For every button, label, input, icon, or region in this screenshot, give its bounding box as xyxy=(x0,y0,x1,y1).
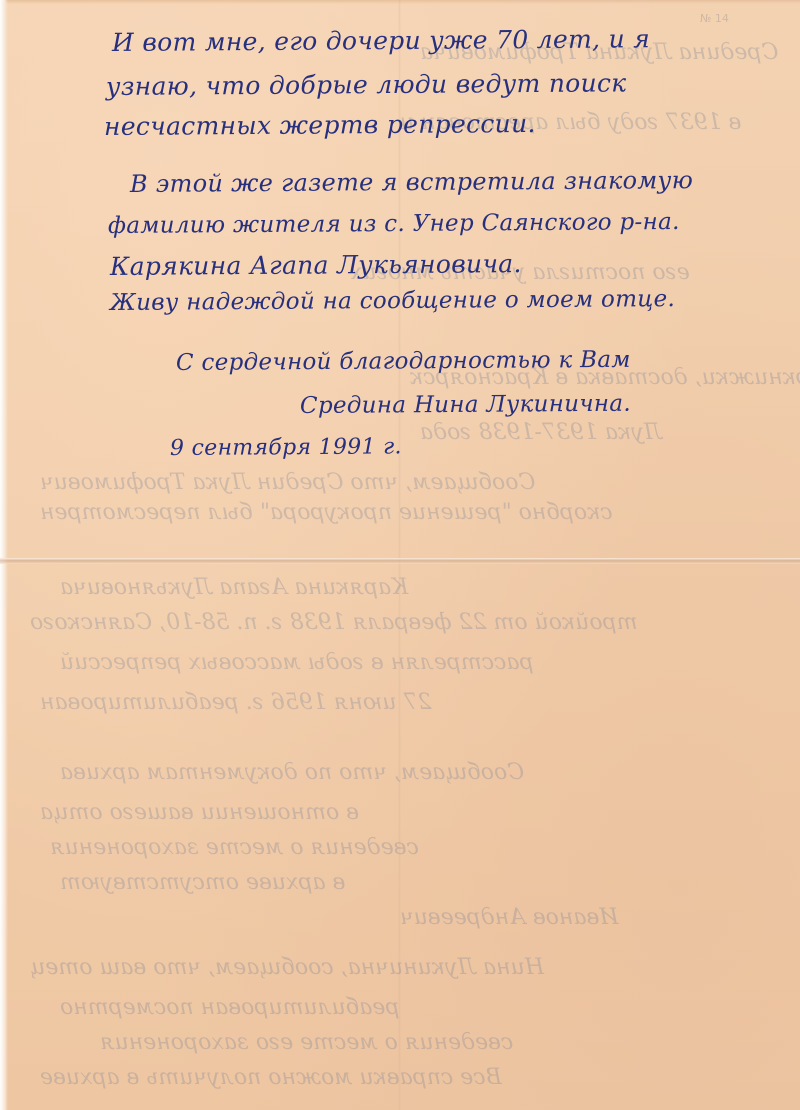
letter-date: 9 сентября 1991 г. xyxy=(170,434,402,461)
bleed-through-line: в отношении вашего отца xyxy=(40,800,359,825)
letter-line-2: узнаю, что добрые люди ведут поиск xyxy=(106,68,627,101)
bleed-through-line: реабилитирован посмертно xyxy=(60,995,399,1020)
paper-left-edge xyxy=(0,0,8,1110)
bleed-through-line: Сообщаем, что Средин Лука Трофимович xyxy=(40,470,535,495)
signature: Средина Нина Лукинична. xyxy=(300,391,631,419)
bleed-through-line: Нина Лукинична, сообщаем, что ваш отец xyxy=(30,955,544,980)
bleed-through-line: Карякина Агапа Лукьяновича xyxy=(60,575,408,600)
vertical-fold-crease xyxy=(398,0,401,1110)
bleed-through-line: сведения о месте захоронения xyxy=(50,835,419,860)
bleed-through-line: Иванов Андреевич xyxy=(400,905,619,930)
letter-line-3: несчастных жертв репрессии. xyxy=(104,109,536,141)
letter-line-1: И вот мне, его дочери уже 70 лет, и я xyxy=(112,24,650,57)
bleed-through-line: сведения о месте его захоронения xyxy=(100,1030,513,1055)
letter-line-5: фамилию жителя из с. Унер Саянского р-на… xyxy=(108,209,680,239)
bleed-through-line: расстрелян в годы массовых репрессий xyxy=(60,650,534,675)
letter-line-7: Живу надеждой на сообщение о моем отце. xyxy=(110,286,675,316)
archive-corner-mark: № 14 xyxy=(700,12,729,25)
bleed-through-line: Сообщаем, что по документам архива xyxy=(60,760,524,785)
bleed-through-line: в архиве отсутствуют xyxy=(60,870,345,895)
bleed-through-line: Все справки можно получить в архиве xyxy=(40,1065,502,1090)
letter-line-6: Карякина Агапа Лукьяновича. xyxy=(110,249,522,281)
bleed-through-line: тройкой от 22 февраля 1938 г. п. 58-10, … xyxy=(30,610,638,635)
bleed-through-line: скорбно "решение прокурора" был пересмот… xyxy=(40,500,613,525)
letter-page: Средина Лукина Трофимовича в 1937 году б… xyxy=(0,0,800,1110)
horizontal-fold-crease xyxy=(0,558,800,564)
closing-line: С сердечной благодарностью к Вам xyxy=(176,347,631,376)
bleed-through-line: 27 июня 1956 г. реабилитирован xyxy=(40,690,431,715)
letter-line-4: В этой же газете я встретила знакомую xyxy=(130,166,693,198)
bleed-through-line: Лука 1937-1938 года xyxy=(420,420,662,445)
